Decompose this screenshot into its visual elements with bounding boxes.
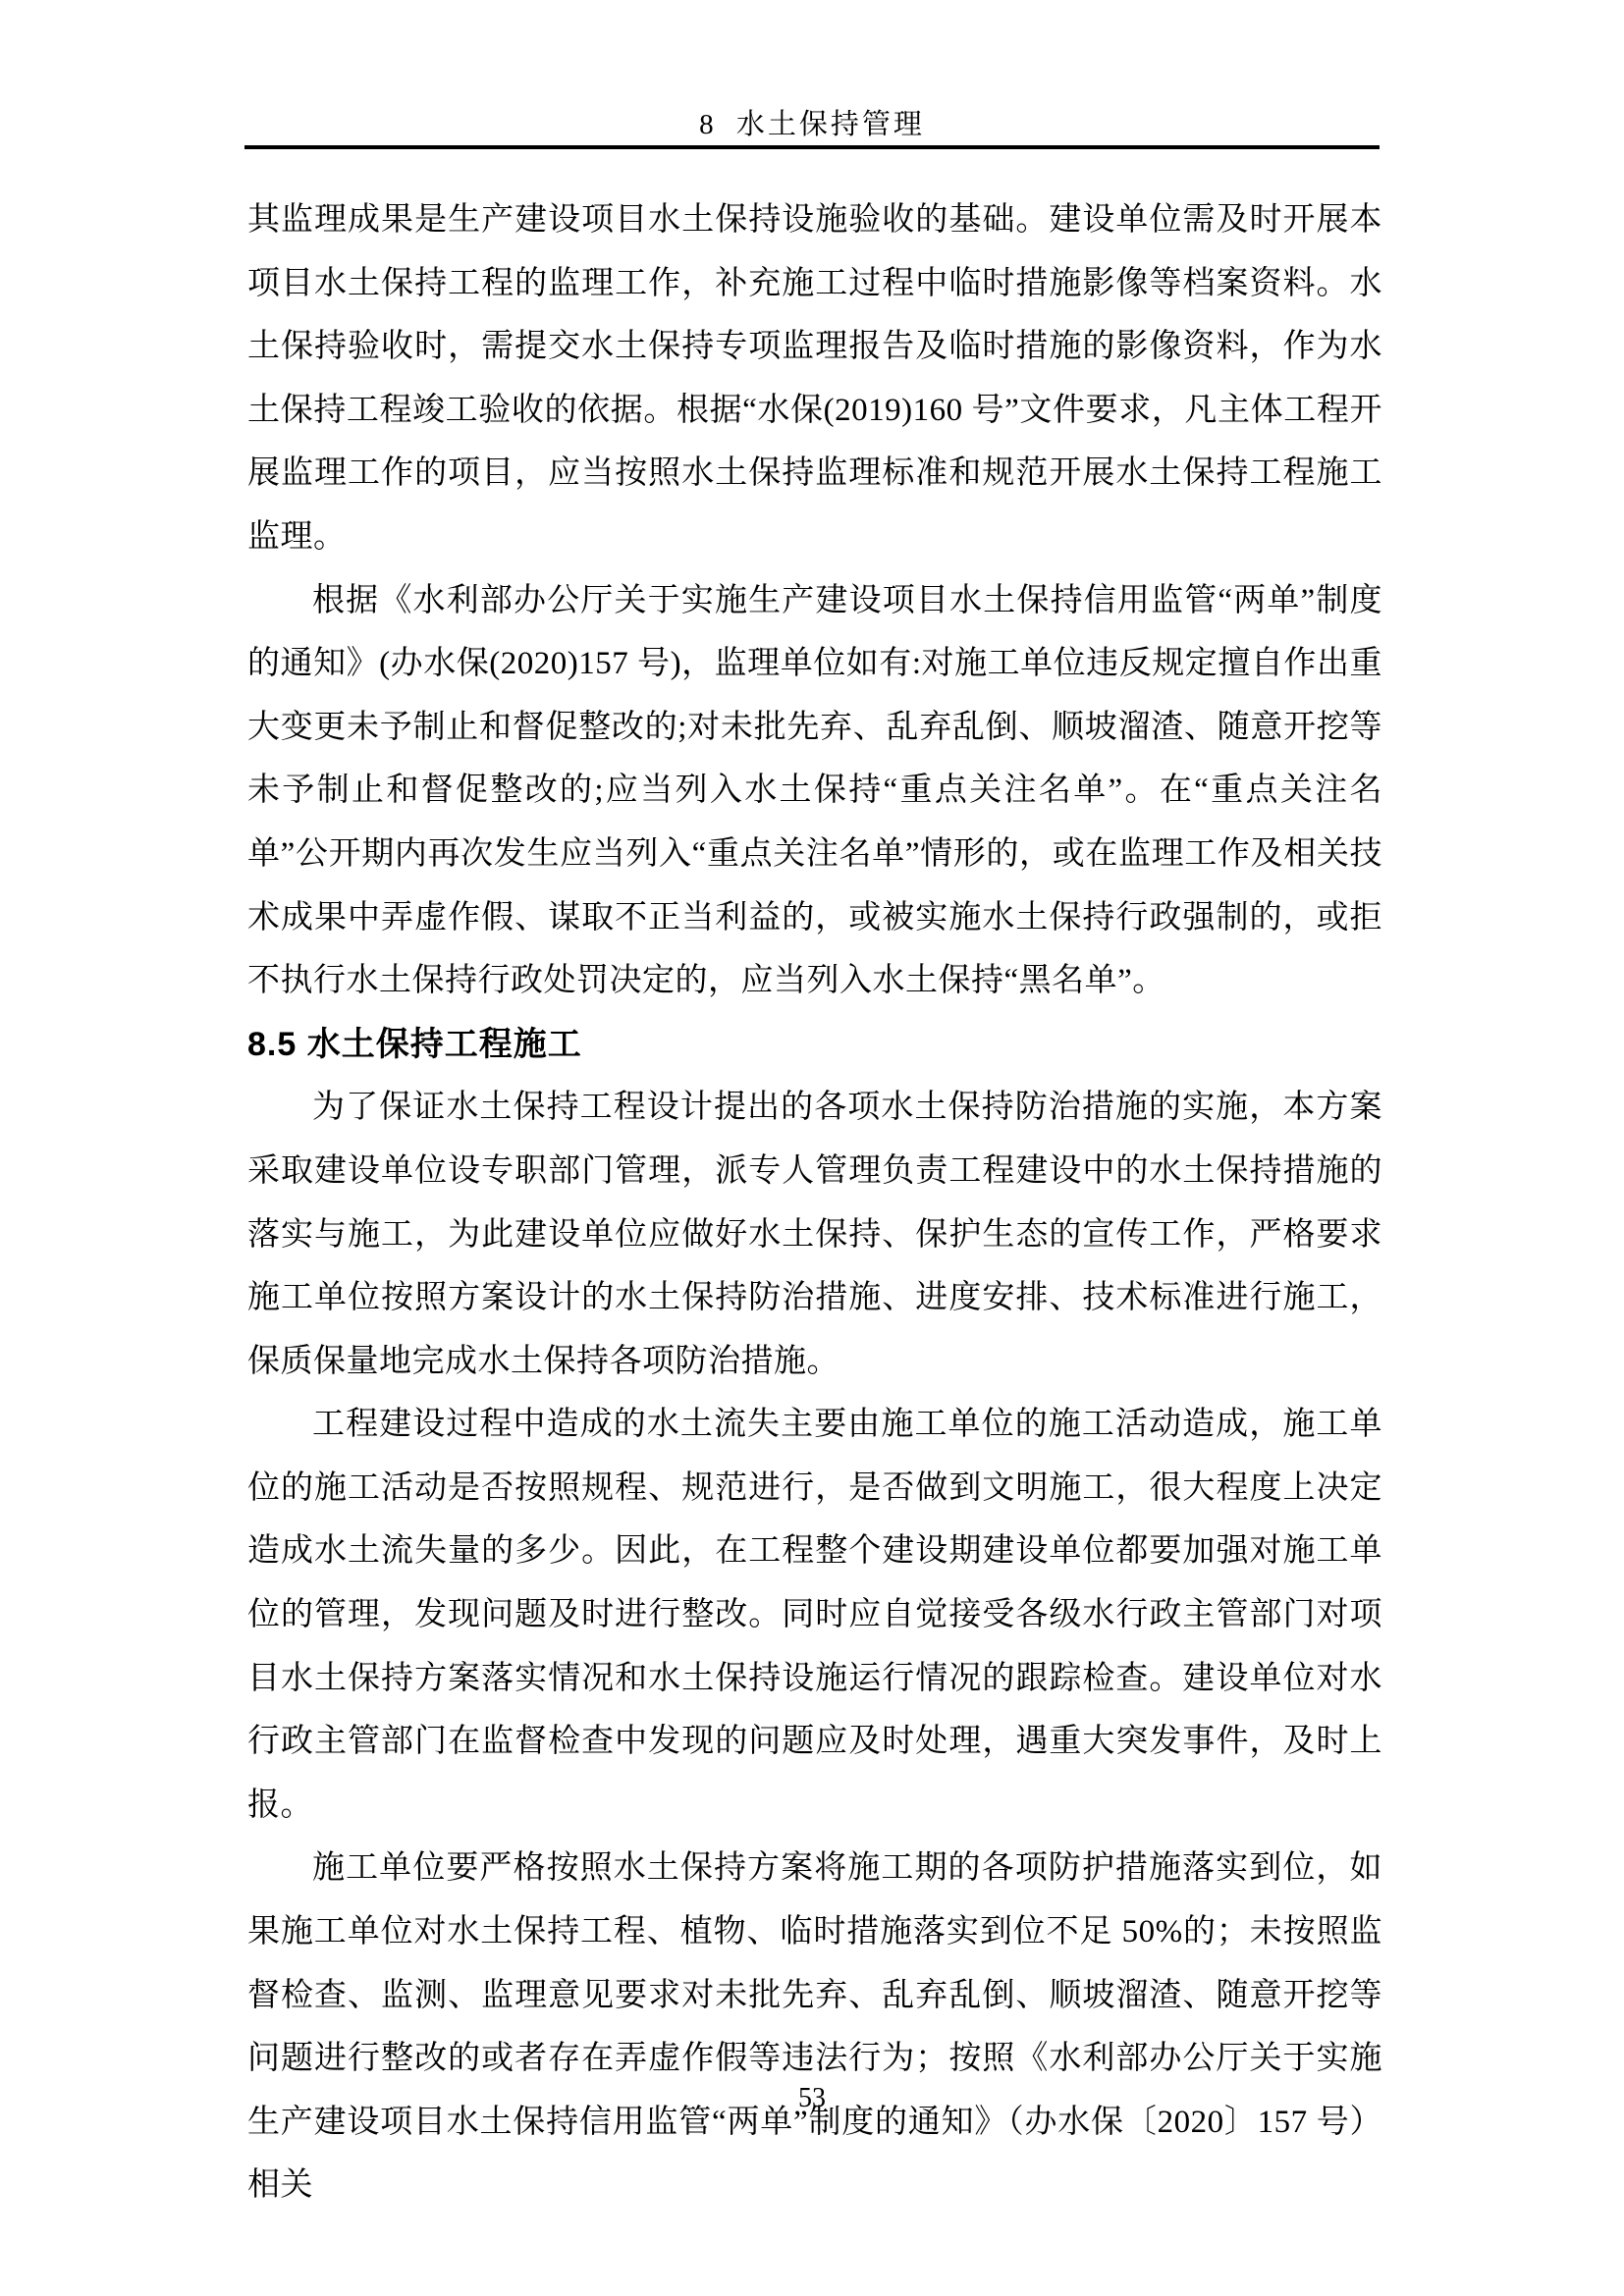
body-paragraph: 根据《水利部办公厅关于实施生产建设项目水土保持信用监管“两单”制度的通知》(办水… bbox=[247, 569, 1382, 1013]
body-paragraph: 施工单位要严格按照水土保持方案将施工期的各项防护措施落实到位，如果施工单位对水土… bbox=[247, 1837, 1382, 2217]
document-body: 其监理成果是生产建设项目水土保持设施验收的基础。建设单位需及时开展本项目水土保持… bbox=[247, 188, 1382, 2217]
section-heading: 8.5 水土保持工程施工 bbox=[247, 1013, 1382, 1077]
body-paragraph: 为了保证水土保持工程设计提出的各项水土保持防治措施的实施，本方案采取建设单位设专… bbox=[247, 1076, 1382, 1393]
document-page: 8 水土保持管理 其监理成果是生产建设项目水土保持设施验收的基础。建设单位需及时… bbox=[0, 0, 1624, 2296]
body-paragraph: 其监理成果是生产建设项目水土保持设施验收的基础。建设单位需及时开展本项目水土保持… bbox=[247, 188, 1382, 569]
body-paragraph: 工程建设过程中造成的水土流失主要由施工单位的施工活动造成，施工单位的施工活动是否… bbox=[247, 1393, 1382, 1837]
running-head-chapter-title: 8 水土保持管理 bbox=[244, 106, 1380, 143]
header-rule-divider bbox=[244, 145, 1380, 149]
page-number: 53 bbox=[244, 2081, 1380, 2116]
